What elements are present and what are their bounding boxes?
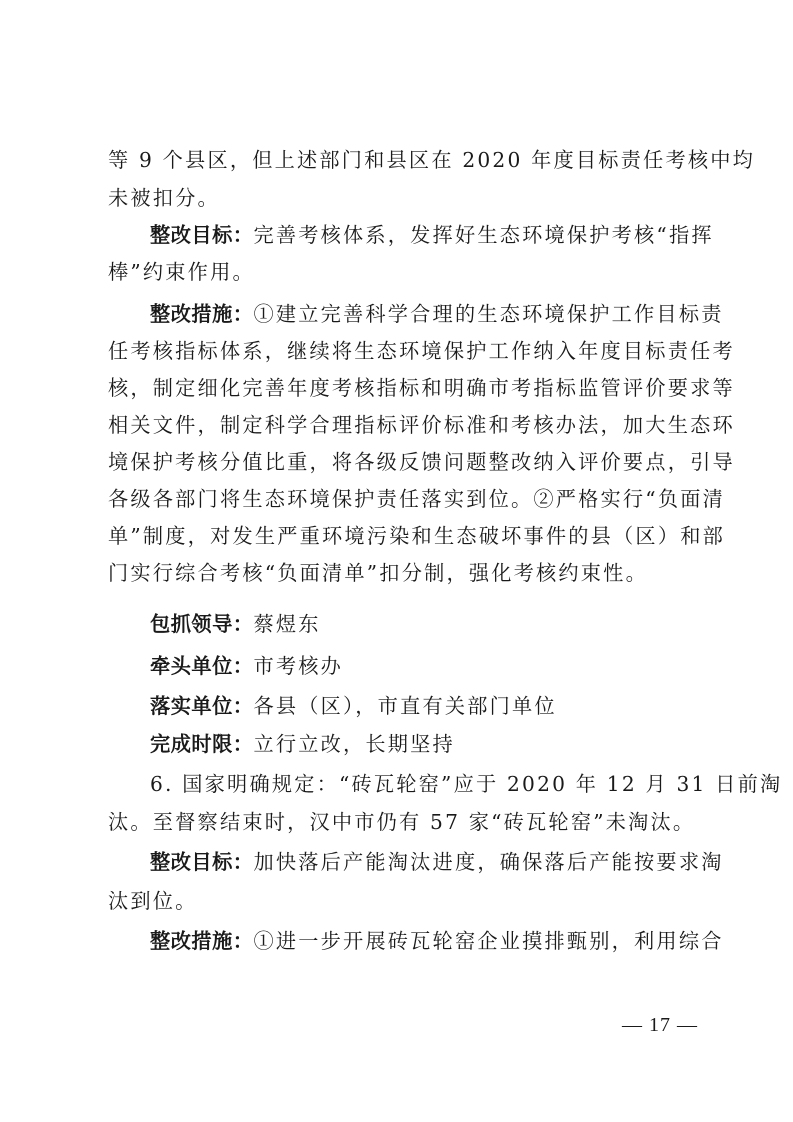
paragraph-line: 等 9 个县区，但上述部门和县区在 2020 年度目标责任考核中均 xyxy=(108,146,755,174)
paragraph-line: 未被扣分。 xyxy=(108,184,220,212)
section-text: ①建立完善科学合理的生态环境保护工作目标责 xyxy=(253,302,723,326)
paragraph-line: 各级各部门将生态环境保护责任落实到位。②严格实行“负面清 xyxy=(108,485,725,513)
section-text: 市考核办 xyxy=(253,654,343,678)
paragraph-line: 任考核指标体系，继续将生态环境保护工作纳入年度目标责任考 xyxy=(108,337,735,365)
section-label: 落实单位： xyxy=(150,694,253,718)
section-text: 加快落后产能淘汰进度，确保落后产能按要求淘 xyxy=(253,850,723,874)
rectification-measures-line: 整改措施：①进一步开展砖瓦轮窑企业摸排甄别，利用综合 xyxy=(150,927,724,955)
section-text: 蔡煜东 xyxy=(253,612,320,636)
section-label: 包抓领导： xyxy=(150,612,253,636)
section-label: 整改目标： xyxy=(150,850,253,874)
rectification-goal-line: 整改目标：完善考核体系，发挥好生态环境保护考核“指挥 xyxy=(150,221,714,249)
paragraph-line: 汰。至督察结束时，汉中市仍有 57 家“砖瓦轮窑”未淘汰。 xyxy=(108,808,695,836)
section-text: 各县（区），市直有关部门单位 xyxy=(253,694,556,718)
rectification-measures-line: 整改措施：①建立完善科学合理的生态环境保护工作目标责 xyxy=(150,300,724,328)
section-text: 完善考核体系，发挥好生态环境保护考核“指挥 xyxy=(253,223,713,247)
section-text: ①进一步开展砖瓦轮窑企业摸排甄别，利用综合 xyxy=(253,929,723,953)
page-number: — 17 — xyxy=(622,1014,698,1037)
lead-unit-line: 牵头单位：市考核办 xyxy=(150,652,343,680)
section-label: 牵头单位： xyxy=(150,654,253,678)
section-label: 整改措施： xyxy=(150,929,253,953)
section-label: 整改措施： xyxy=(150,302,253,326)
paragraph-line: 境保护考核分值比重，将各级反馈问题整改纳入评价要点，引导 xyxy=(108,448,735,476)
paragraph-line: 单”制度，对发生严重环境污染和生态破坏事件的县（区）和部 xyxy=(108,522,725,550)
responsible-leader-line: 包抓领导：蔡煜东 xyxy=(150,610,321,638)
paragraph-line: 核，制定细化完善年度考核指标和明确市考指标监管评价要求等 xyxy=(108,374,735,402)
paragraph-line: 门实行综合考核“负面清单”扣分制，强化考核约束性。 xyxy=(108,559,648,587)
paragraph-line: 棒”约束作用。 xyxy=(108,258,255,286)
paragraph-line: 相关文件，制定科学合理指标评价标准和考核办法，加大生态环 xyxy=(108,411,735,439)
section-label: 整改目标： xyxy=(150,223,253,247)
implementing-unit-line: 落实单位：各县（区），市直有关部门单位 xyxy=(150,692,557,720)
section-text: 立行立改，长期坚持 xyxy=(253,732,455,756)
deadline-line: 完成时限：立行立改，长期坚持 xyxy=(150,730,455,758)
rectification-goal-line: 整改目标：加快落后产能淘汰进度，确保落后产能按要求淘 xyxy=(150,848,724,876)
paragraph-line: 汰到位。 xyxy=(108,887,198,915)
item-6-line: 6. 国家明确规定：“砖瓦轮窑”应于 2020 年 12 月 31 日前淘 xyxy=(150,770,782,798)
section-label: 完成时限： xyxy=(150,732,253,756)
